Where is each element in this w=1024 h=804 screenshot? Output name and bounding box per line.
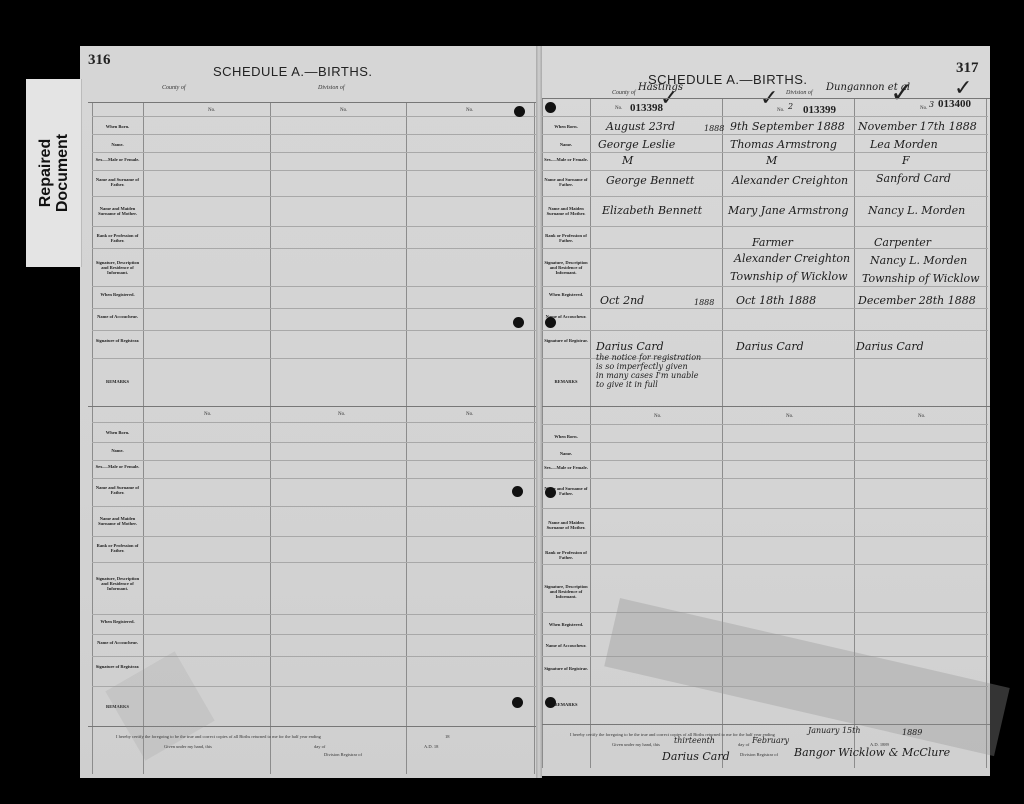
no-label: No. [466,412,473,417]
no-label: No. [340,108,347,113]
row-label-when-born: When Born. [542,434,590,439]
column-divider [406,102,407,774]
checkmark-icon: ✓ [890,76,913,109]
entry-3-registrar: Darius Card [856,340,924,353]
row-line [542,134,988,135]
entry-1-remarks-line4: to give it in full [596,380,658,389]
footer-registrar-signature: Darius Card [662,750,730,763]
row-line [542,196,988,197]
footer-ad: A.D. 18 [424,744,438,749]
punch-hole [545,102,556,113]
row-line [542,116,988,117]
no-label: No. [615,106,622,111]
entry-2-informant-line1: Alexander Creighton [734,252,850,265]
punch-hole [513,317,524,328]
column-divider [92,102,93,774]
no-label: No. [208,108,215,113]
row-line [92,460,536,461]
row-line [542,152,988,153]
row-label-name: Name. [542,451,590,456]
footer-day-value: thirteenth [674,736,715,745]
row-line [542,330,988,331]
row-line [542,564,988,565]
row-line [542,442,988,443]
row-label-sex: Sex.—Male or Female. [542,465,590,470]
footer-division-registrar: Division Registrar of [740,752,778,757]
row-line [92,196,536,197]
punch-hole [512,486,523,497]
no-label: No. [920,106,927,111]
entry-3-informant-line1: Nancy L. Morden [870,254,967,267]
column-divider [270,102,271,774]
row-line [92,422,536,423]
entry-3-mother: Nancy L. Morden [868,204,965,217]
table-top-border [88,102,536,103]
division-label: Division of [318,85,345,91]
row-line [542,478,988,479]
repaired-document-label: Repaired Document [37,134,71,212]
county-label: County of [162,85,186,91]
row-label-profession: Rank or Profession of Father. [94,233,141,243]
row-line [92,506,536,507]
footer-year: 18 [445,734,450,739]
footer-certify: I hereby certify the foregoing to be the… [116,734,321,739]
row-label-profession: Rank or Profession of Father. [544,550,588,560]
row-label-mother: Name and Maiden Surname of Mother. [544,520,588,530]
footer-given: Given under my hand, this [164,744,212,749]
entry-3-father: Sanford Card [876,172,951,185]
block-divider [88,406,536,407]
row-label-informant: Signature, Description and Residence of … [94,576,141,591]
footer-year-written: 1889 [902,728,922,737]
no-label: No. [786,414,793,419]
row-line [542,424,988,425]
row-line [92,330,536,331]
footer-month-value: February [752,736,789,745]
division-label: Division of [786,90,813,96]
repaired-document-tab: Repaired Document [26,79,82,267]
row-line [92,442,536,443]
table-top-border [540,98,990,99]
entry-2-when-born: 9th September 1888 [730,120,845,133]
row-line [542,612,988,613]
row-label-profession: Rank or Profession of Father. [544,233,588,243]
row-line [92,116,536,117]
entry-number: 2 [788,102,793,111]
row-label-informant: Signature, Description and Residence of … [94,260,141,275]
row-line [92,634,536,635]
footer-certify: I hereby certify the foregoing to be the… [570,732,775,737]
entry-3-when-registered: December 28th 1888 [858,294,976,307]
row-label-accoucheur: Name of Accoucheur. [94,640,141,645]
row-label-when-registered: When Registered. [94,619,141,624]
punch-hole [512,697,523,708]
column-divider [590,98,591,768]
row-label-when-registered: When Registered. [544,622,588,627]
row-line [542,170,988,171]
row-line [92,478,536,479]
registration-number: 013399 [803,104,836,116]
punch-hole [545,317,556,328]
left-page: 316 SCHEDULE A.—BIRTHS. County of Divisi… [80,46,538,778]
entry-2-when-registered: Oct 18th 1888 [736,294,816,307]
entry-3-sex: F [902,154,910,167]
row-label-informant: Signature, Description and Residence of … [544,260,588,275]
entry-2-registrar: Darius Card [736,340,804,353]
row-line [92,562,536,563]
row-label-mother: Name and Maiden Surname of Mother. [94,516,141,526]
registration-number: 013398 [630,102,663,114]
footer-half-year-ending: January 15th [808,726,860,735]
row-label-father: Name and Surname of Father. [544,177,588,187]
row-line [92,152,536,153]
footer-day-of: day of [314,744,325,749]
row-label-remarks: REMARKS [542,379,590,384]
row-line [92,226,536,227]
row-label-registrar: Signature of Registrar. [544,666,588,671]
row-line [542,508,988,509]
punch-hole [514,106,525,117]
row-label-sex: Sex.—Male or Female. [92,464,143,469]
column-divider [534,102,535,774]
column-divider [986,98,987,768]
row-line [542,226,988,227]
schedule-title: SCHEDULE A.—BIRTHS. [213,64,373,79]
right-page: SCHEDULE A.—BIRTHS. 317 County of Hastin… [540,46,990,776]
punch-hole [545,487,556,498]
no-label: No. [918,414,925,419]
row-line [92,358,536,359]
row-line [92,134,536,135]
row-line [92,248,536,249]
entry-1-year: 1888 [704,124,724,133]
row-label-profession: Rank or Profession of Father. [94,543,141,553]
row-label-informant: Signature, Description and Residence of … [544,584,588,599]
row-label-mother: Name and Maiden Surname of Mother. [94,206,141,216]
no-label: No. [338,412,345,417]
no-label: No. [466,108,473,113]
row-label-registrar: Signature of Registrar. [94,664,141,669]
row-line [542,286,988,287]
footer-division-value: Bangor Wicklow & McClure [794,746,950,759]
row-line [92,308,536,309]
row-label-when-born: When Born. [542,124,590,129]
row-label-name: Name. [542,142,590,147]
repaired-label-line1: Repaired [37,134,54,212]
no-label: No. [777,108,784,113]
footer-day-of: day of [738,742,749,747]
no-label: No. [654,414,661,419]
entry-1-remarks-line2: is so imperfectly given [596,362,688,371]
punch-hole [545,697,556,708]
entry-number: 3 [929,100,934,109]
footer-given: Given under my hand, this [612,742,660,747]
entry-3-profession: Carpenter [874,236,931,249]
row-label-accoucheur: Name of Accoucheur. [544,643,588,648]
row-label-when-born: When Born. [92,430,143,435]
page-number: 317 [956,60,979,77]
entry-2-name: Thomas Armstrong [730,138,837,151]
row-label-registrar: Signature of Registrar. [544,338,588,343]
entry-2-mother: Mary Jane Armstrong [728,204,849,217]
row-line [542,308,988,309]
entry-1-mother: Elizabeth Bennett [602,204,702,217]
row-line [542,460,988,461]
entry-3-name: Lea Morden [870,138,938,151]
row-label-remarks: REMARKS [92,379,143,384]
row-label-sex: Sex.—Male or Female. [542,157,590,162]
row-line [92,656,536,657]
entry-3-when-born: November 17th 1888 [858,120,977,133]
row-line [92,536,536,537]
entry-1-registered-year: 1888 [694,298,714,307]
entry-1-registrar: Darius Card [596,340,664,353]
row-label-registrar: Signature of Registrar. [94,338,141,343]
no-label: No. [204,412,211,417]
entry-1-sex: M [622,154,633,167]
book-spine [536,46,542,778]
row-label-when-registered: When Registered. [94,292,141,297]
entry-2-sex: M [766,154,777,167]
row-label-father: Name and Surname of Father. [94,177,141,187]
repaired-label-line2: Document [54,134,71,212]
row-line [92,286,536,287]
row-label-name: Name. [92,142,143,147]
row-label-when-registered: When Registered. [544,292,588,297]
row-label-sex: Sex.—Male or Female. [92,157,143,162]
row-line [542,536,988,537]
row-label-accoucheur: Name of Accoucheur. [94,314,141,319]
entry-1-remarks-line1: the notice for registration [596,353,701,362]
entry-1-when-born: August 23rd [606,120,675,133]
entry-3-informant-line2: Township of Wicklow [862,272,980,285]
block-divider [540,406,990,407]
footer-division-registrar: Division Registrar of [324,752,362,757]
entry-1-father: George Bennett [606,174,694,187]
entry-1-when-registered: Oct 2nd [600,294,644,307]
page-number: 316 [88,52,111,69]
entry-2-profession: Farmer [752,236,793,249]
registration-number: 013400 [938,98,971,110]
entry-2-informant-line2: Township of Wicklow [730,270,848,283]
entry-2-father: Alexander Creighton [732,174,848,187]
row-line [92,170,536,171]
row-label-name: Name. [92,448,143,453]
entry-1-name: George Leslie [598,138,675,151]
row-line [92,614,536,615]
entry-1-remarks-line3: in many cases I'm unable [596,371,699,380]
row-label-when-born: When Born. [92,124,143,129]
row-label-father: Name and Surname of Father. [94,485,141,495]
county-label: County of [612,90,636,96]
column-divider [542,98,543,768]
row-label-mother: Name and Maiden Surname of Mother. [544,206,588,216]
